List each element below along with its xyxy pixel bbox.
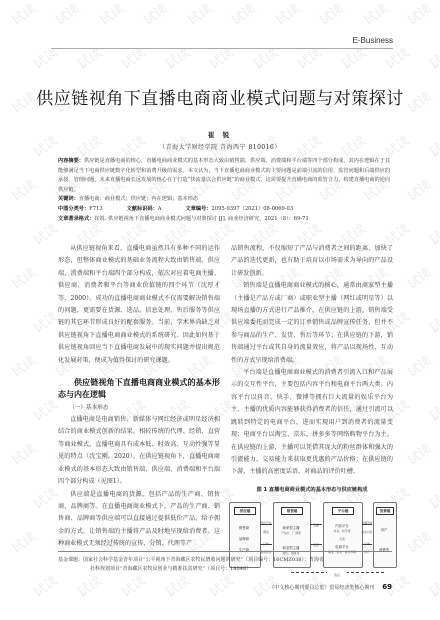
watermark-text: 试读: [51, 0, 83, 29]
watermark-text: 试读: [7, 262, 39, 292]
body-paragraph: 销售端是直播电商商业模式的核心，通常由商家型主播（主播是产品方或厂商）或职业型主…: [231, 280, 393, 367]
watermark-text: 试读: [161, 570, 193, 600]
watermark-text: 试读: [315, 0, 347, 29]
watermark-text: 试读: [425, 394, 440, 424]
watermark-text: 试读: [29, 306, 61, 336]
citation: 文章著录格式：崔锐. 供应链视角下直播电商商业模式问题与对策探讨 [J]. 商业…: [58, 215, 392, 225]
running-header: E-Business: [51, 36, 393, 49]
footnote-line: 基金课题：国家社会科学基金青年项目“公平视角下青海藏区农牧民增收问题的研究”（项…: [58, 556, 392, 565]
watermark-text: 试读: [73, 570, 105, 600]
footnote-divider: [58, 551, 392, 552]
article-no-value: 2095-9397（2021）08-0069-03: [212, 206, 294, 212]
clc-value: F713: [89, 206, 103, 212]
arrow-label: 优质内容: [360, 526, 374, 538]
citation-label: 文章著录格式：: [58, 216, 94, 222]
section-label: E-Business: [353, 36, 393, 45]
watermark-text: 试读: [403, 262, 435, 292]
article-no-label: 文章编号：: [186, 206, 212, 212]
arrow-label: 流量: [309, 539, 323, 551]
watermark-text: 试读: [7, 0, 39, 29]
intro-paragraph: 从供应链视角来看，直播电商虽然具有多种不同的运作形态，但整体商业模式的基础业务流…: [58, 243, 220, 367]
watermark-text: 试读: [425, 42, 440, 72]
watermark-text: 试读: [117, 570, 149, 600]
watermark-text: 试读: [271, 0, 303, 29]
body-paragraph: 平台端是直播电商商业模式的消费者引流入口和产品展示的交互性平台，主要包括内容平台…: [231, 367, 393, 479]
abstract: 内容摘要：供应链是直播电商的核心，直播电商商业模式的基本形态大致由销售端、供应端…: [58, 157, 392, 195]
body-paragraph: 直播电商是电商销售、新媒体与网红经济或明星经济相结合的商业模式创新的结果。相较传…: [58, 414, 220, 488]
watermark-text: 试读: [7, 438, 39, 468]
keywords: 关键词：直播电商；商业模式；供应链；内在逻辑；基本形态: [58, 195, 392, 205]
watermark-text: 试读: [7, 350, 39, 380]
author-name: 崔 锐: [0, 130, 440, 139]
section-heading-1: 供应链视角下直播电商商业模式的基本形态与内在逻辑: [58, 377, 220, 401]
watermark-text: 试读: [95, 0, 127, 29]
watermark-text: 试读: [359, 0, 391, 29]
right-column: 品销售流程，不仅缩短了产品与消费者之间的距离，加快了产品的迭代更新，也有助于培育…: [231, 243, 393, 578]
citation-text: 崔锐. 供应链视角下直播电商商业模式问题与对策探讨 [J]. 商业经济研究，20…: [94, 216, 308, 222]
keywords-text: 直播电商；商业模式；供应链；内在逻辑；基本形态: [79, 196, 198, 202]
footnote-line: 社科规划项目“青海藏区农牧民创业与精准扶贫研究”（项目号：18048）: [58, 565, 392, 574]
watermark-text: 试读: [403, 0, 435, 29]
watermark-text: 试读: [403, 350, 435, 380]
funding-footnote: 基金课题：国家社会科学基金青年项目“公平视角下青海藏区农牧民增收问题的研究”（项…: [58, 556, 392, 573]
watermark-text: 试读: [7, 174, 39, 204]
watermark-text: 试读: [29, 218, 61, 248]
watermark-text: 试读: [183, 0, 215, 29]
arrow-label: 直播: [309, 519, 323, 531]
watermark-text: 试读: [29, 394, 61, 424]
watermark-text: 试读: [29, 482, 61, 512]
watermark-text: 试读: [425, 482, 440, 512]
watermark-text: 试读: [403, 174, 435, 204]
watermark-text: 试读: [139, 0, 171, 29]
left-column: 从供应链视角来看，直播电商虽然具有多种不同的运作形态，但整体商业模式的基础业务流…: [58, 243, 220, 551]
page-footer: 《中文核心期刊要目总览》贸易经济类核心期刊69: [269, 583, 392, 591]
supply-title: 供应端: [234, 507, 256, 515]
watermark-text: 试读: [403, 438, 435, 468]
watermark-text: 试读: [403, 526, 435, 556]
body-paragraph: 品销售流程，不仅缩短了产品与消费者之间的距离，加快了产品的迭代更新，也有助于培育…: [231, 243, 393, 280]
doc-code-label: 文献标识码：: [127, 206, 158, 212]
watermark-text: 试读: [227, 0, 259, 29]
watermark-text: 试读: [425, 306, 440, 336]
sales-title: 销售端: [281, 507, 303, 515]
watermark-text: 试读: [7, 526, 39, 556]
subsection-heading-1: （一）基本形态: [58, 403, 220, 414]
page-number: 69: [382, 583, 392, 591]
platform-title: 平台端: [332, 507, 354, 515]
abstract-block: 内容摘要：供应链是直播电商的核心，直播电商商业模式的基本形态大致由销售端、供应端…: [58, 157, 392, 224]
body-paragraph: 供应端是直播电商的货源，包括产品的生产商、销售商、品牌商等。在直播电商商业模式下…: [58, 489, 220, 551]
sales-group-sub: 产品方、厂商等: [273, 527, 309, 539]
paper-title: 供应链视角下直播电商商业模式问题与对策探讨: [0, 84, 440, 109]
abstract-label: 内容摘要：: [58, 158, 84, 164]
keywords-label: 关键词：: [58, 196, 79, 202]
watermark-text: 试读: [29, 570, 61, 600]
consumer-item: 用户: [373, 524, 395, 536]
doc-code-value: A: [158, 206, 162, 212]
abstract-text: 供应链是直播电商的核心，直播电商商业模式的基本形态大致由销售端、供应端、消费端和…: [58, 158, 390, 193]
paper-page: 试读试读试读试读试读试读试读试读试读试读试读试读试读试读试读试读试读试读试读试读…: [0, 0, 440, 620]
clc-label: 中图分类号：: [58, 206, 89, 212]
watermark-text: 试读: [425, 570, 440, 600]
classification-row: 中图分类号：F713 文献标识码：A 文章编号：2095-9397（2021）0…: [58, 205, 392, 215]
consumer-title: 消费端: [376, 507, 394, 515]
author-affiliation: （青海大学财经学院 青海西宁 810016）: [0, 142, 440, 151]
arrow-label: 佣金: [259, 526, 273, 538]
journal-tag: 《中文核心期刊要目总览》贸易经济类核心期刊: [269, 585, 374, 591]
watermark-text: 试读: [425, 218, 440, 248]
figure-caption: 图 1 直播电商商业模式的基本形态与供应链构成: [231, 484, 393, 496]
